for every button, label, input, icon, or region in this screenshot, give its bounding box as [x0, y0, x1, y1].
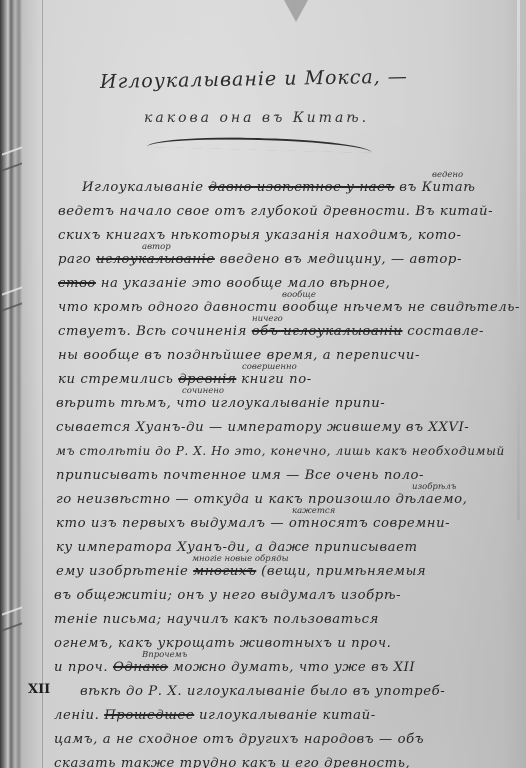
- manuscript-line: леніи. Прошедшее иглоукалываніе китай-: [54, 708, 376, 723]
- binding-stitch: [2, 146, 22, 171]
- manuscript-line: раго иглоукалываніе введено въ медицину,…: [58, 252, 462, 267]
- manuscript-line: и проч. Однако можно думать, что уже въ …: [54, 660, 415, 675]
- manuscript-line: сказать также трудно какъ и его древност…: [54, 756, 410, 768]
- manuscript-line: ему изобрѣтеніе многихъ (вещи, примѣняем…: [56, 564, 426, 579]
- manuscript-line: что кромѣ одного давности вообще нѣчемъ …: [58, 300, 520, 315]
- interlinear-insertion: автор: [142, 242, 171, 252]
- manuscript-line: огнемъ, какъ укрощать животныхъ и проч.: [54, 636, 391, 651]
- interlinear-insertion: Впрочемъ: [142, 650, 187, 660]
- manuscript-line: приписывать почтенное имя — Все очень по…: [56, 468, 424, 483]
- manuscript-subtitle: какова она въ Китаѣ.: [144, 110, 404, 126]
- interlinear-insertion: кажется: [292, 506, 335, 516]
- interlinear-insertion: изобрѣлъ: [412, 482, 456, 492]
- manuscript-title: Иглоукалываніе и Мокса, —: [100, 65, 440, 93]
- interlinear-insertion: ничего: [252, 314, 283, 324]
- interlinear-insertion: совершенно: [242, 362, 297, 372]
- manuscript-line: Иглоукалываніе давно извѣстное у насъ въ…: [82, 180, 475, 195]
- binding-stitch: [2, 606, 22, 631]
- manuscript-line: ство на указаніе это вообще мало вѣрное,: [58, 276, 390, 291]
- title-underline: [147, 135, 372, 153]
- manuscript-line: теніе письма; научилъ какъ пользоваться: [54, 612, 379, 627]
- interlinear-insertion: сочинено: [182, 386, 224, 396]
- interlinear-insertion: многіе новые обряды: [192, 554, 289, 564]
- manuscript-line: вѣрить тѣмъ, что иглоукалываніе припи-: [56, 396, 385, 411]
- interlinear-insertion: вообще: [282, 290, 316, 300]
- manuscript-line: кто изъ первыхъ выдумалъ — относятъ совр…: [56, 516, 450, 531]
- manuscript-line: вѣкѣ до Р. Х. иглоукалываніе было въ упо…: [80, 684, 445, 699]
- manuscript-line: скихъ книгахъ нѣкоторыя указанія находим…: [58, 228, 462, 243]
- interlinear-insertion: ведено: [432, 170, 463, 180]
- page-fold-line: [42, 0, 43, 768]
- page-edge: [517, 0, 520, 520]
- margin-note: XII: [28, 682, 50, 697]
- manuscript-line: ствуетъ. Всѣ сочиненія объ иглоукалывані…: [58, 324, 484, 339]
- page-tear: [284, 0, 308, 22]
- manuscript-page: Иглоукалываніе и Мокса, — какова она въ …: [22, 0, 526, 768]
- manuscript-line: ны вообще въ позднѣйшее время, а перепис…: [58, 348, 420, 363]
- binding-stitch: [2, 286, 22, 311]
- manuscript-line: ки стремились древнія книги по-: [58, 372, 312, 387]
- manuscript-line: ведетъ начало свое отъ глубокой древност…: [58, 204, 493, 219]
- manuscript-line: мъ столѣтіи до Р. Х. Но это, конечно, ли…: [56, 444, 505, 458]
- manuscript-line: въ общежитіи; онъ у него выдумалъ изобрѣ…: [54, 588, 401, 603]
- manuscript-line: ку императора Хуанъ-ди, а даже приписыва…: [56, 540, 418, 555]
- manuscript-line: цамъ, а не сходное отъ другихъ народовъ …: [54, 732, 424, 747]
- manuscript-line: сывается Хуанъ-ди — императору жившему в…: [56, 420, 469, 435]
- manuscript-line: го неизвѣстно — откуда и какъ произошло …: [56, 492, 467, 507]
